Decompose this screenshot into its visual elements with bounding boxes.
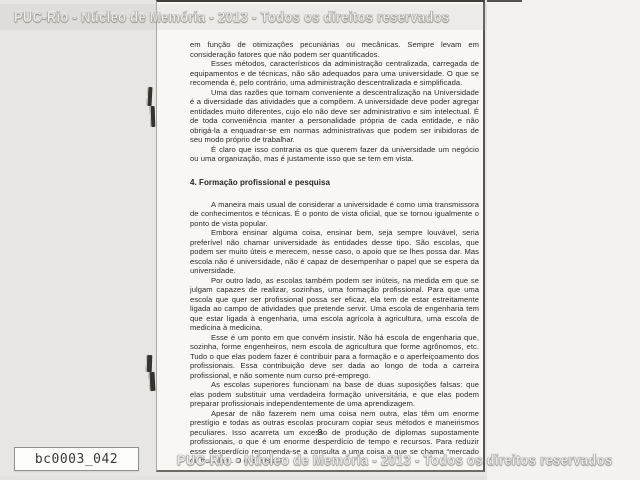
page-number: 9 — [157, 427, 483, 437]
section-heading: 4. Formação profissional e pesquisa — [190, 178, 479, 188]
body-paragraph: É claro que isso contraria os que querem… — [190, 145, 479, 164]
scan-background-bottom — [0, 476, 487, 480]
catalog-label-box: bc0003_042 — [14, 447, 139, 471]
body-paragraph: Esses métodos, característicos da admini… — [190, 59, 479, 88]
watermark-banner-top: PUC-Rio - Núcleo de Memória - 2013 - Tod… — [14, 9, 449, 27]
binding-mark-bottom — [149, 372, 156, 391]
catalog-label: bc0003_042 — [35, 452, 118, 467]
body-paragraph: Por outro lado, as escolas também podem … — [190, 276, 479, 333]
body-paragraph: Embora ensinar alguma coisa, ensinar bem… — [190, 228, 479, 276]
body-paragraph: As escolas superiores funcionam na base … — [190, 380, 479, 409]
body-paragraph: em função de otimizações pecuniárias ou … — [190, 40, 479, 59]
binding-mark-bottom — [146, 355, 153, 372]
watermark-banner-bottom: PUC-Rio - Núcleo de Memória - 2013 - Tod… — [177, 452, 612, 470]
body-paragraph: A maneira mais usual de considerar a uni… — [190, 200, 479, 229]
body-paragraph: Esse é um ponto em que convém insistir. … — [190, 333, 479, 381]
document-text-column: em função de otimizações pecuniárias ou … — [190, 40, 479, 466]
page-top-edge-line — [487, 0, 522, 2]
scan-background-right — [487, 0, 640, 480]
binding-mark-top — [147, 87, 153, 106]
scanned-page: em função de otimizações pecuniárias ou … — [156, 0, 485, 472]
binding-mark-top — [150, 106, 156, 127]
body-paragraph: Uma das razões que tornam conveniente a … — [190, 88, 479, 145]
scan-viewer-background: { "banner": { "top_text": "PUC-Rio - Núc… — [0, 0, 640, 480]
